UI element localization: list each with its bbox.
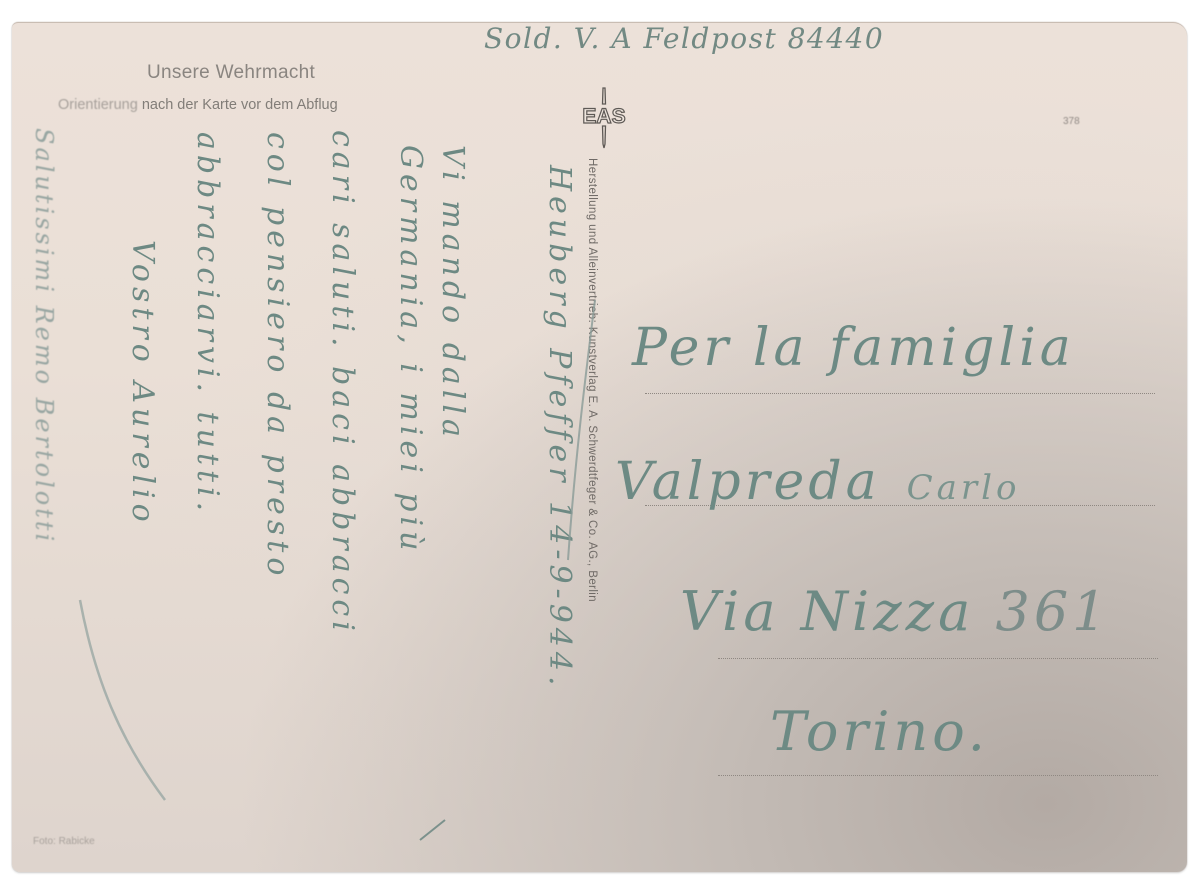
subtitle-faded-word: Orientierung: [58, 97, 138, 113]
address-given-name: Carlo: [907, 468, 1021, 508]
message-line: Heuberg Pfeffer 14-9-944.: [542, 165, 577, 691]
message-line: cari saluti. baci abbracci: [325, 130, 360, 636]
address-surname: ValpredaCarlo: [615, 452, 1021, 512]
logo-text: EAS: [582, 105, 625, 128]
message-line: Vi mando dalla: [435, 145, 470, 442]
message-line: col pensiero da presto: [260, 132, 295, 580]
card-number: 378: [1063, 116, 1080, 127]
message-signature: Vostro Aurelio: [125, 240, 160, 527]
address-line-rule: [645, 393, 1155, 394]
card-subtitle: Orientierung nach der Karte vor dem Abfl…: [58, 97, 338, 113]
address-surname-text: Valpreda: [615, 452, 881, 512]
publisher-imprint: Herstellung und Alleinvertrieb: Kunstver…: [586, 158, 598, 602]
message-line: Germania, i miei più: [393, 145, 428, 555]
card-title: Unsere Wehrmacht: [147, 62, 315, 84]
message-line: abbracciarvi. tutti.: [190, 132, 225, 516]
sender-feldpost-number: Sold. V. A Feldpost 84440: [484, 22, 884, 55]
subtitle-text: nach der Karte vor dem Abflug: [138, 97, 338, 113]
address-street-number: 361: [995, 580, 1110, 643]
message-postscript: Salutissimi Remo Bertolotti: [30, 128, 58, 544]
address-recipient: Per la famiglia: [632, 318, 1075, 378]
address-street-text: Via Nizza: [680, 580, 974, 643]
address-city: Torino.: [770, 700, 989, 763]
address-street: Via Nizza 361: [680, 580, 1111, 643]
photo-credit: Foto: Rabicke: [33, 836, 95, 847]
address-line-rule: [718, 775, 1158, 776]
address-line-rule: [718, 658, 1158, 659]
eas-sword-logo-icon: EAS: [574, 82, 634, 154]
